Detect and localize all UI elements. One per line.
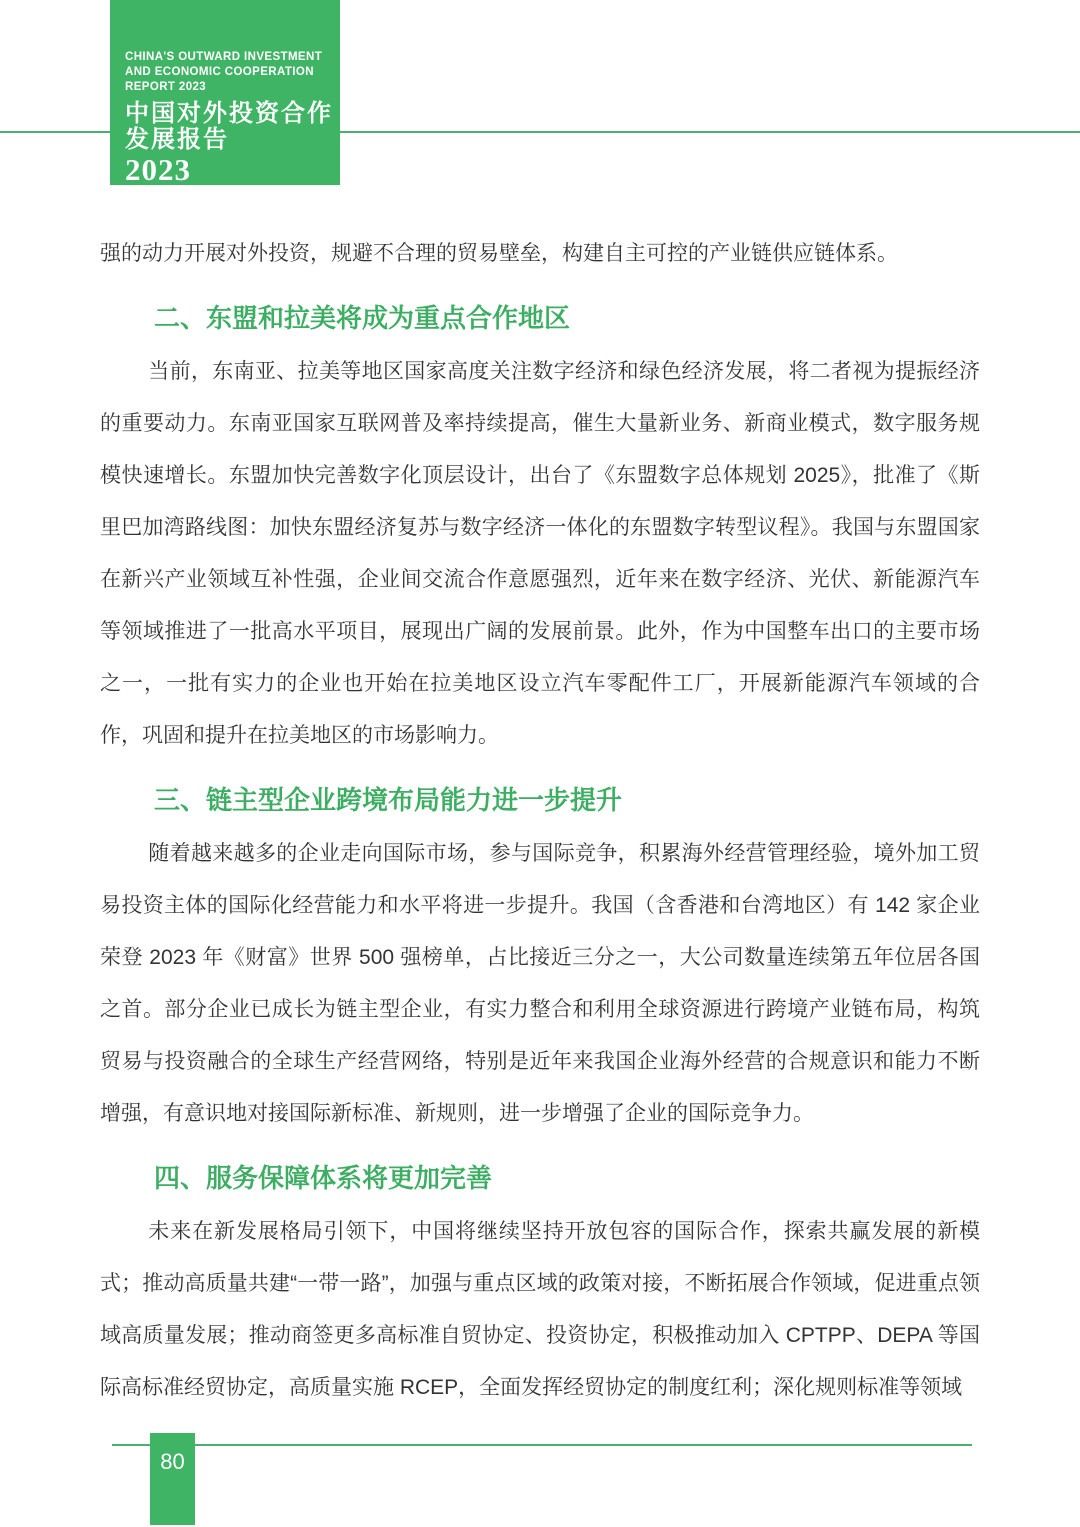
section-paragraph-service-guarantee-system: 未来在新发展格局引领下，中国将继续坚持开放包容的国际合作，探索共赢发展的新模式；…	[100, 1206, 980, 1414]
section-paragraph-chain-leader-enterprises: 随着越来越多的企业走向国际市场，参与国际竞争，积累海外经营管理经验，境外加工贸易…	[100, 828, 980, 1140]
report-header-badge: CHINA'S OUTWARD INVESTMENT AND ECONOMIC …	[110, 0, 340, 185]
report-title-en-line3: REPORT 2023	[125, 80, 340, 95]
report-title-en-line1: CHINA'S OUTWARD INVESTMENT	[125, 50, 340, 65]
continuation-paragraph-line: 强的动力开展对外投资，规避不合理的贸易壁垒，构建自主可控的产业链供应链体系。	[100, 228, 980, 280]
report-page: CHINA'S OUTWARD INVESTMENT AND ECONOMIC …	[0, 0, 1080, 1527]
report-title-zh-line2: 发展报告	[125, 127, 340, 153]
section-heading-chain-leader-enterprises: 三、链主型企业跨境布局能力进一步提升	[154, 782, 980, 818]
report-title-english: CHINA'S OUTWARD INVESTMENT AND ECONOMIC …	[125, 50, 340, 95]
report-year: 2023	[125, 153, 340, 186]
bottom-divider-line	[112, 1444, 972, 1446]
page-body-text: 强的动力开展对外投资，规避不合理的贸易壁垒，构建自主可控的产业链供应链体系。 二…	[100, 228, 980, 1414]
report-title-zh-line1: 中国对外投资合作	[125, 101, 340, 127]
section-paragraph-asean-latam: 当前，东南亚、拉美等地区国家高度关注数字经济和绿色经济发展，将二者视为提振经济的…	[100, 346, 980, 762]
page-number: 80	[160, 1449, 184, 1474]
report-title-en-line2: AND ECONOMIC COOPERATION	[125, 65, 340, 80]
section-heading-asean-latam: 二、东盟和拉美将成为重点合作地区	[154, 300, 980, 336]
section-heading-service-guarantee-system: 四、服务保障体系将更加完善	[154, 1160, 980, 1196]
page-number-badge: 80	[150, 1433, 195, 1525]
